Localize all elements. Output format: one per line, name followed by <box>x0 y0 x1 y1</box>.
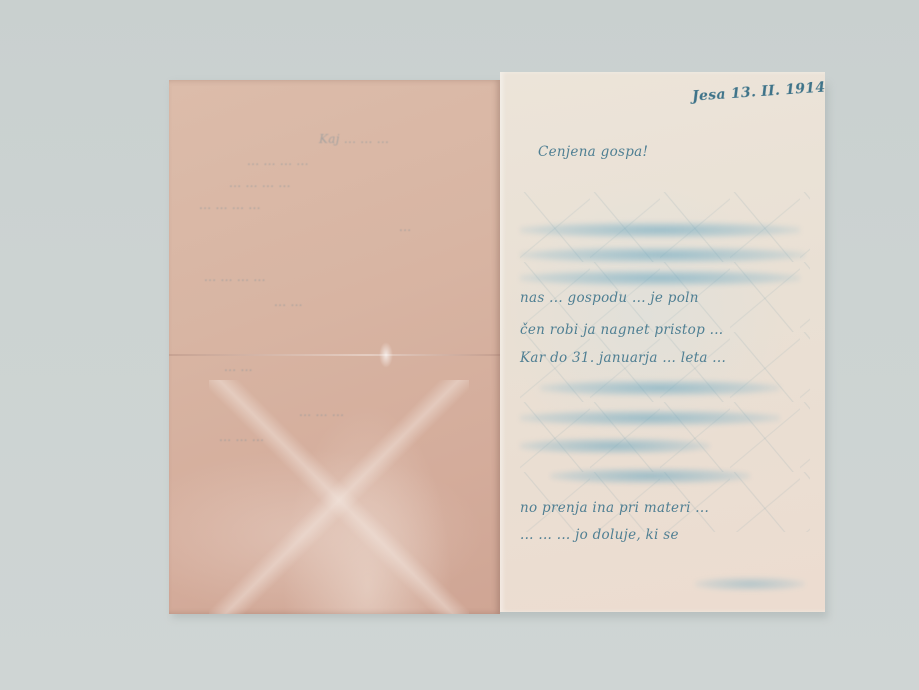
ink-smudge <box>520 270 800 286</box>
left-line-6: ... ... ... ... <box>204 270 266 284</box>
ink-smudge <box>520 222 800 238</box>
fold-crease <box>379 342 393 368</box>
horizontal-fold-line <box>169 354 500 356</box>
left-line-4: ... ... ... ... <box>199 198 261 212</box>
right-line-13: ... ... ... jo doluje, ki se <box>520 527 679 543</box>
ink-smudge <box>520 247 805 263</box>
ink-smudge <box>520 438 710 454</box>
right-line-5: nas ... gospodu ... je poln <box>520 290 699 306</box>
left-line-5: ... <box>399 220 411 234</box>
left-line-1: Kaj ... ... ... <box>319 132 389 146</box>
left-line-2: ... ... ... ... <box>247 154 309 168</box>
ink-smudge <box>540 380 780 396</box>
right-line-6: čen robi ja nagnet pristop ... <box>520 322 723 338</box>
left-line-9: ... ... ... <box>299 405 344 419</box>
letter-right-page: Jesa 13. II. 1914. Cenjena gospa! nas ..… <box>500 72 825 612</box>
left-line-8: ... ... <box>224 360 253 374</box>
ink-smudge <box>550 468 750 484</box>
letter-date: Jesa 13. II. 1914. <box>692 79 825 105</box>
footer-smudge <box>695 577 805 591</box>
left-line-10: ... ... ... <box>219 430 264 444</box>
left-line-7: ... ... <box>274 295 303 309</box>
ink-smudge <box>520 410 780 426</box>
salutation: Cenjena gospa! <box>538 144 648 160</box>
letter-left-page: Kaj ... ... ... ... ... ... ... ... ... … <box>169 80 500 614</box>
right-line-7: Kar do 31. januarja ... leta ... <box>520 350 726 366</box>
right-line-12: no prenja ina pri materi ... <box>520 500 709 516</box>
left-line-3: ... ... ... ... <box>229 176 291 190</box>
